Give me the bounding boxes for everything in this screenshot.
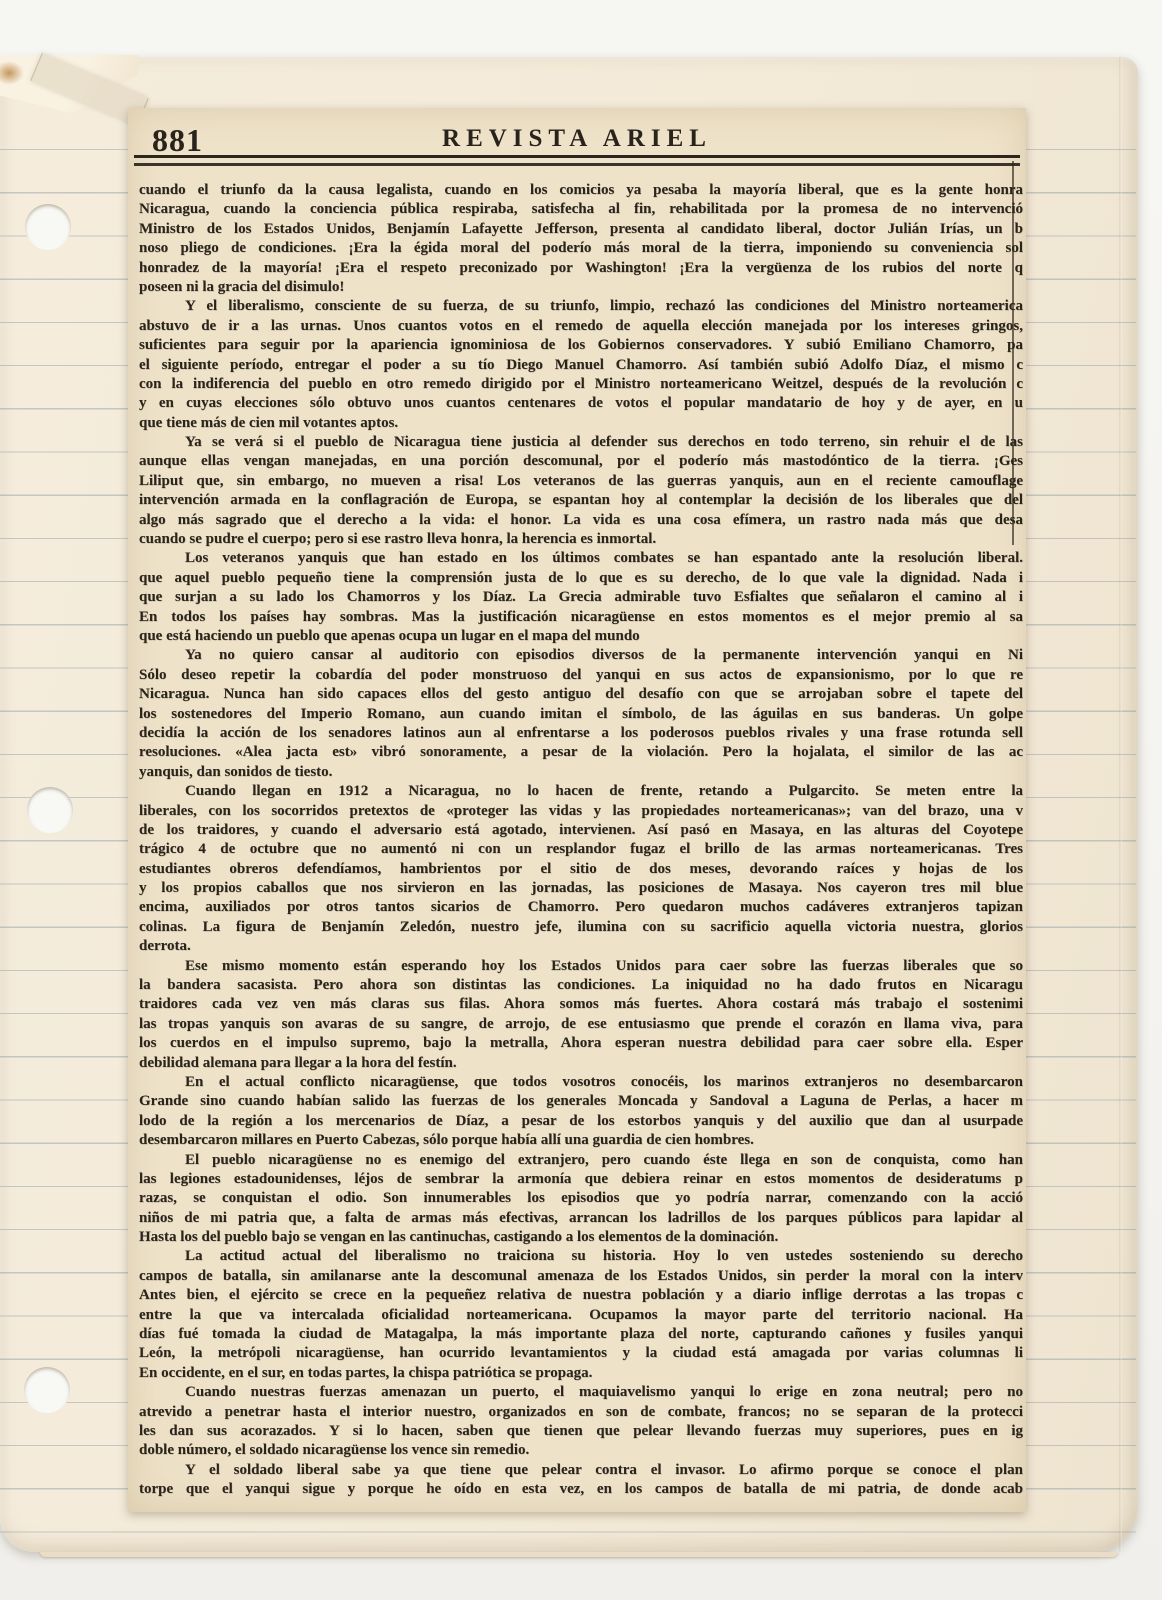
text-line: intervención armada en la conflagración …	[139, 491, 1023, 510]
text-line: En el actual conflicto nicaragüense, que…	[139, 1073, 1023, 1092]
scanned-page: 881 REVISTA ARIEL cuando el triunfo da l…	[0, 0, 1162, 1600]
text-line: cuando se pudre el cuerpo; pero si ese r…	[139, 530, 1023, 549]
text-line: La actitud actual del liberalismo no tra…	[139, 1247, 1023, 1266]
masthead-title: REVISTA ARIEL	[128, 125, 1026, 153]
text-line: traidores cada vez ven más claras sus fi…	[139, 995, 1023, 1014]
text-line: Grande sino cuando habían salido las fue…	[139, 1092, 1023, 1111]
text-line: En todos los países hay sombras. Mas la …	[139, 608, 1023, 627]
text-line: Ministro de los Estados Unidos, Benjamín…	[139, 220, 1023, 239]
text-line: Y el soldado liberal sabe ya que tiene q…	[139, 1461, 1023, 1480]
text-line: debilidad alemana para llegar a la hora …	[139, 1054, 1023, 1073]
text-line: con la indiferencia del pueblo en otro r…	[139, 375, 1023, 394]
text-line: En occidente, en el sur, en todas partes…	[139, 1364, 1023, 1383]
text-line: noso pliego de condiciones. ¡Era la égid…	[139, 239, 1023, 258]
text-line: atrevido a penetrar hasta el interior nu…	[139, 1403, 1023, 1422]
article-body: cuando el triunfo da la causa legalista,…	[139, 181, 1023, 1505]
corner-stain	[0, 61, 24, 85]
text-line: Nicaragua. Nunca han sido capaces ellos …	[139, 685, 1023, 704]
text-line: los cuerdos en el impulso supremo, bajo …	[139, 1034, 1023, 1053]
page-fold-crease	[1119, 57, 1122, 1552]
text-line: liberales, con los socorridos pretextos …	[139, 802, 1023, 821]
text-line: Cuando nuestras fuerzas amenazan un puer…	[139, 1383, 1023, 1402]
text-line: los sostenedores del Imperio Romano, aun…	[139, 705, 1023, 724]
text-line: la bandera sacasista. Pero ahora son dis…	[139, 976, 1023, 995]
punch-hole	[27, 787, 73, 833]
text-line: poseen ni la gracia del disimulo!	[139, 278, 1023, 297]
text-line: León, la metrópoli nicaragüense, han ocu…	[139, 1344, 1023, 1363]
text-line: Liliput que, sin embargo, no mueven a ri…	[139, 472, 1023, 491]
text-line: resoluciones. «Alea jacta est» vibró son…	[139, 743, 1023, 762]
text-line: Los veteranos yanquis que han estado en …	[139, 549, 1023, 568]
punch-hole	[25, 204, 71, 250]
text-line: días fué tomada la ciudad de Matagalpa, …	[139, 1325, 1023, 1344]
text-line: Cuando llegan en 1912 a Nicaragua, no lo…	[139, 782, 1023, 801]
punch-hole	[24, 1367, 70, 1413]
text-line: niños de mi patria que, a falta de armas…	[139, 1209, 1023, 1228]
text-line: razas, se conquistan el odio. Son innume…	[139, 1189, 1023, 1208]
text-line: de los traidores, y cuando el adversario…	[139, 821, 1023, 840]
header-double-rule	[134, 155, 1020, 166]
text-line: Ese mismo momento están esperando hoy lo…	[139, 957, 1023, 976]
text-line: decidía la acción de los senadores latin…	[139, 724, 1023, 743]
text-line: les dan sus acorazados. Y si lo hacen, s…	[139, 1422, 1023, 1441]
text-line: yanquis, dan sonidos de tiesto.	[139, 763, 1023, 782]
text-line: lodo de la región a los mercenarios de D…	[139, 1112, 1023, 1131]
text-line: desembarcaron millares en Puerto Cabezas…	[139, 1131, 1023, 1150]
text-line: estudiantes obreros defendíamos, hambrie…	[139, 860, 1023, 879]
text-line: derrota.	[139, 937, 1023, 956]
text-line: las legiones estadounidenses, léjos de s…	[139, 1170, 1023, 1189]
text-line: algo más sagrado que el derecho a la vid…	[139, 511, 1023, 530]
text-line: el siguiente período, entregar el poder …	[139, 356, 1023, 375]
text-line: Ya se verá si el pueblo de Nicaragua tie…	[139, 433, 1023, 452]
text-line: que aquel pueblo pequeño tiene la compre…	[139, 569, 1023, 588]
text-line: Y el liberalismo, consciente de su fuerz…	[139, 297, 1023, 316]
text-line: suficientes para seguir por la aparienci…	[139, 336, 1023, 355]
text-line: encima, auxiliados por otros tantos sica…	[139, 898, 1023, 917]
text-line: Nicaragua, cuando la conciencia pública …	[139, 200, 1023, 219]
text-line: aunque ellas vengan manejadas, en una po…	[139, 452, 1023, 471]
text-line: colinas. La figura de Benjamín Zeledón, …	[139, 918, 1023, 937]
text-line: honradez de la mayoría! ¡Era el respeto …	[139, 259, 1023, 278]
text-line: doble número, el soldado nicaragüense lo…	[139, 1441, 1023, 1460]
text-line: que está haciendo un pueblo que apenas o…	[139, 627, 1023, 646]
sheet-bottom-edge	[40, 1552, 1118, 1557]
newspaper-clipping: 881 REVISTA ARIEL cuando el triunfo da l…	[128, 108, 1026, 1512]
text-line: Sólo deseo repetir la cobardía del poder…	[139, 666, 1023, 685]
text-line: El pueblo nicaragüense no es enemigo del…	[139, 1151, 1023, 1170]
text-line: torpe que el yanqui sigue y porque he oí…	[139, 1480, 1023, 1499]
text-line: y en cuyas elecciones sólo obtuvo unos c…	[139, 394, 1023, 413]
text-line: trágico 4 de octubre que no aumentó ni c…	[139, 840, 1023, 859]
text-line: que surjan a su lado los Chamorros y los…	[139, 588, 1023, 607]
text-line: Antes bien, el ejército se crece en la p…	[139, 1286, 1023, 1305]
text-line: campos de batalla, sin amilanarse ante l…	[139, 1267, 1023, 1286]
text-line: Ya no quiero cansar al auditorio con epi…	[139, 646, 1023, 665]
text-line: y los propios caballos que nos sirvieron…	[139, 879, 1023, 898]
text-line: abstuvo de ir a las urnas. Unos cuantos …	[139, 317, 1023, 336]
text-line: Hasta los del pueblo bajo se vengan en l…	[139, 1228, 1023, 1247]
text-line: cuando el triunfo da la causa legalista,…	[139, 181, 1023, 200]
text-line: las tropas yanquis son avaras de su sang…	[139, 1015, 1023, 1034]
text-line: entre la que va intercalada oficialidad …	[139, 1306, 1023, 1325]
text-line: que tiene más de cien mil votantes aptos…	[139, 414, 1023, 433]
